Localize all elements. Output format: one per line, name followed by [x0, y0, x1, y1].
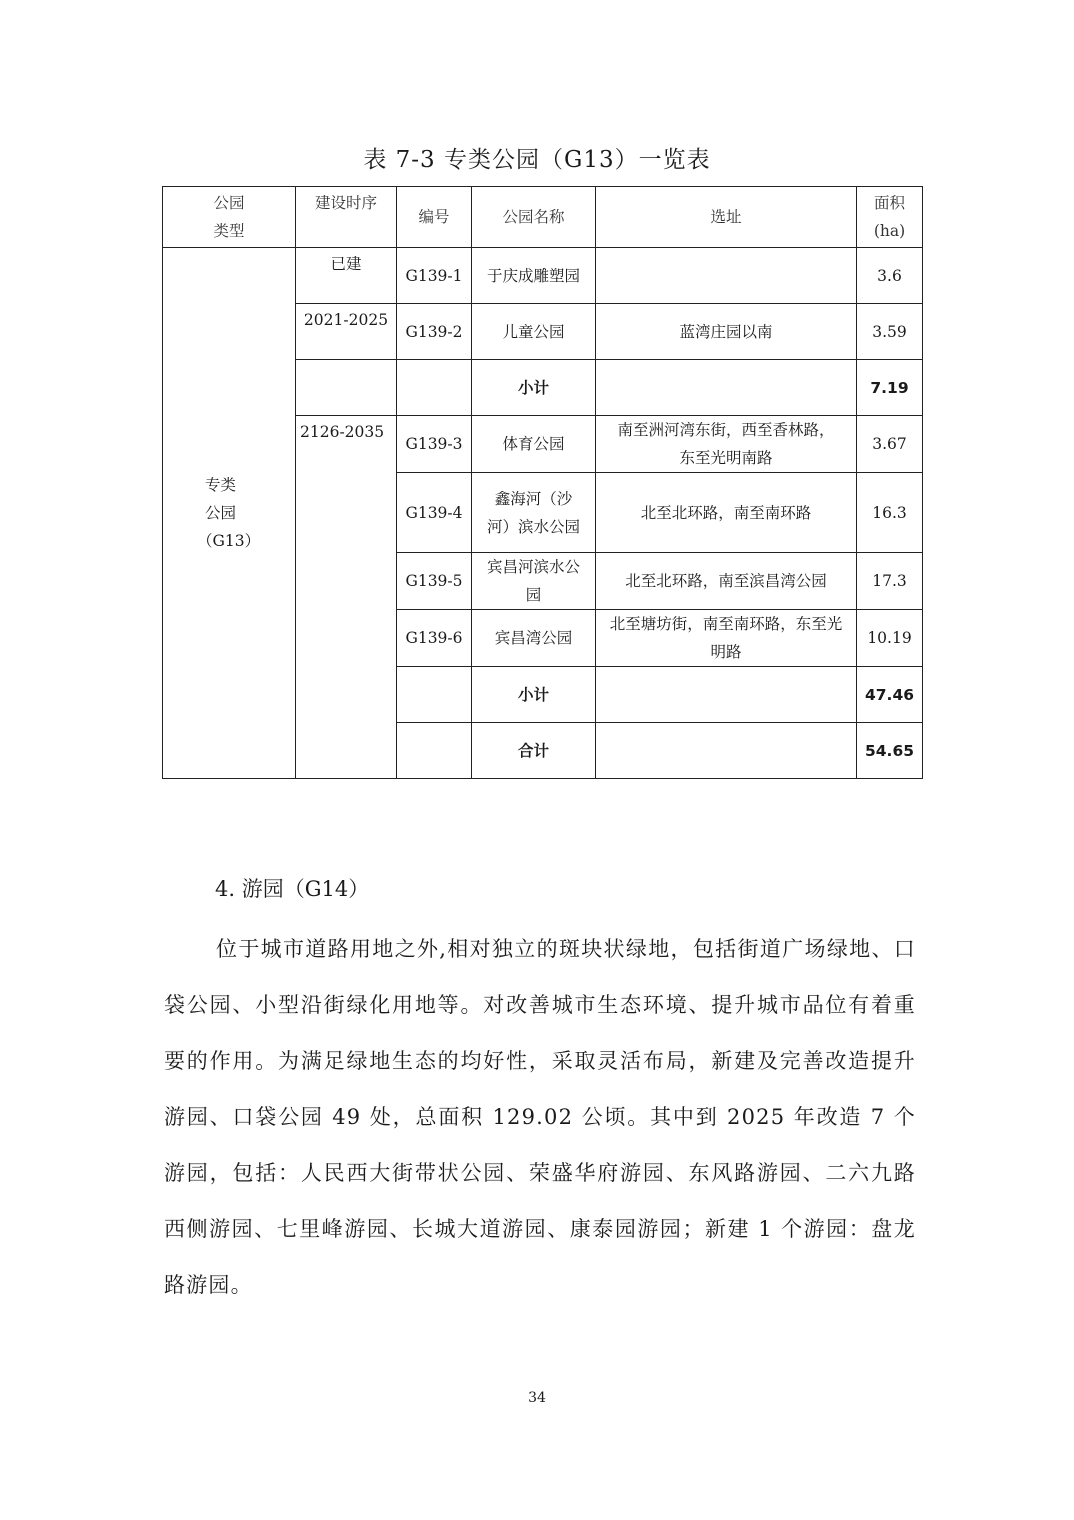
cell-text: （G13）: [197, 527, 291, 555]
table-caption: 表 7-3 专类公园（G13）一览表: [0, 141, 1074, 174]
area-cell: 17.3: [857, 553, 923, 610]
area-cell: 3.67: [857, 416, 923, 473]
table-row: 专类 公园 （G13） 已建 G139-1 于庆成雕塑园 3.6: [163, 248, 923, 304]
location-cell: 北至塘坊街，南至南环路，东至光明路: [596, 610, 857, 667]
location-cell: 北至北环路，南至南环路: [596, 473, 857, 553]
code-cell: [397, 667, 472, 723]
code-cell: G139-6: [397, 610, 472, 667]
phase-cell: [296, 360, 397, 416]
location-cell: [596, 723, 857, 779]
subtotal-label: 小计: [472, 667, 596, 723]
park-type-cell: 专类 公园 （G13）: [163, 248, 296, 779]
body-paragraph: 位于城市道路用地之外,相对独立的斑块状绿地，包括街道广场绿地、口袋公园、小型沿街…: [164, 921, 916, 1313]
name-cell: 鑫海河（沙河）滨水公园: [472, 473, 596, 553]
location-cell: 蓝湾庄园以南: [596, 304, 857, 360]
page-number: 34: [0, 1390, 1074, 1406]
phase-cell: 2126-2035: [296, 416, 397, 779]
code-cell: G139-3: [397, 416, 472, 473]
header-location: 选址: [596, 187, 857, 248]
area-cell: 10.19: [857, 610, 923, 667]
header-text: 公园: [167, 189, 291, 217]
section-heading: 4. 游园（G14）: [215, 873, 369, 903]
header-phase: 建设时序: [296, 187, 397, 248]
name-cell: 体育公园: [472, 416, 596, 473]
special-parks-table: 公园 类型 建设时序 编号 公园名称 选址 面积 (ha) 专类 公园 （G13…: [162, 186, 923, 779]
header-text: 面积: [861, 189, 918, 217]
phase-cell: 2021-2025: [296, 304, 397, 360]
area-cell: 16.3: [857, 473, 923, 553]
code-cell: G139-1: [397, 248, 472, 304]
area-cell: 3.6: [857, 248, 923, 304]
header-area: 面积 (ha): [857, 187, 923, 248]
subtotal-area: 47.46: [857, 667, 923, 723]
code-cell: G139-4: [397, 473, 472, 553]
code-cell: G139-5: [397, 553, 472, 610]
cell-text: 专类: [205, 471, 291, 499]
name-cell: 儿童公园: [472, 304, 596, 360]
total-area: 54.65: [857, 723, 923, 779]
location-cell: [596, 248, 857, 304]
code-cell: G139-2: [397, 304, 472, 360]
header-code: 编号: [397, 187, 472, 248]
subtotal-label: 小计: [472, 360, 596, 416]
table-header-row: 公园 类型 建设时序 编号 公园名称 选址 面积 (ha): [163, 187, 923, 248]
header-name: 公园名称: [472, 187, 596, 248]
header-park-type: 公园 类型: [163, 187, 296, 248]
code-cell: [397, 360, 472, 416]
location-cell: [596, 360, 857, 416]
name-cell: 宾昌河滨水公园: [472, 553, 596, 610]
name-cell: 宾昌湾公园: [472, 610, 596, 667]
location-cell: [596, 667, 857, 723]
header-text: 类型: [167, 217, 291, 245]
subtotal-area: 7.19: [857, 360, 923, 416]
header-text: (ha): [861, 217, 918, 245]
area-cell: 3.59: [857, 304, 923, 360]
location-cell: 南至洲河湾东街，西至香林路，东至光明南路: [596, 416, 857, 473]
cell-text: 公园: [205, 499, 291, 527]
location-cell: 北至北环路，南至滨昌湾公园: [596, 553, 857, 610]
name-cell: 于庆成雕塑园: [472, 248, 596, 304]
total-label: 合计: [472, 723, 596, 779]
phase-cell: 已建: [296, 248, 397, 304]
code-cell: [397, 723, 472, 779]
